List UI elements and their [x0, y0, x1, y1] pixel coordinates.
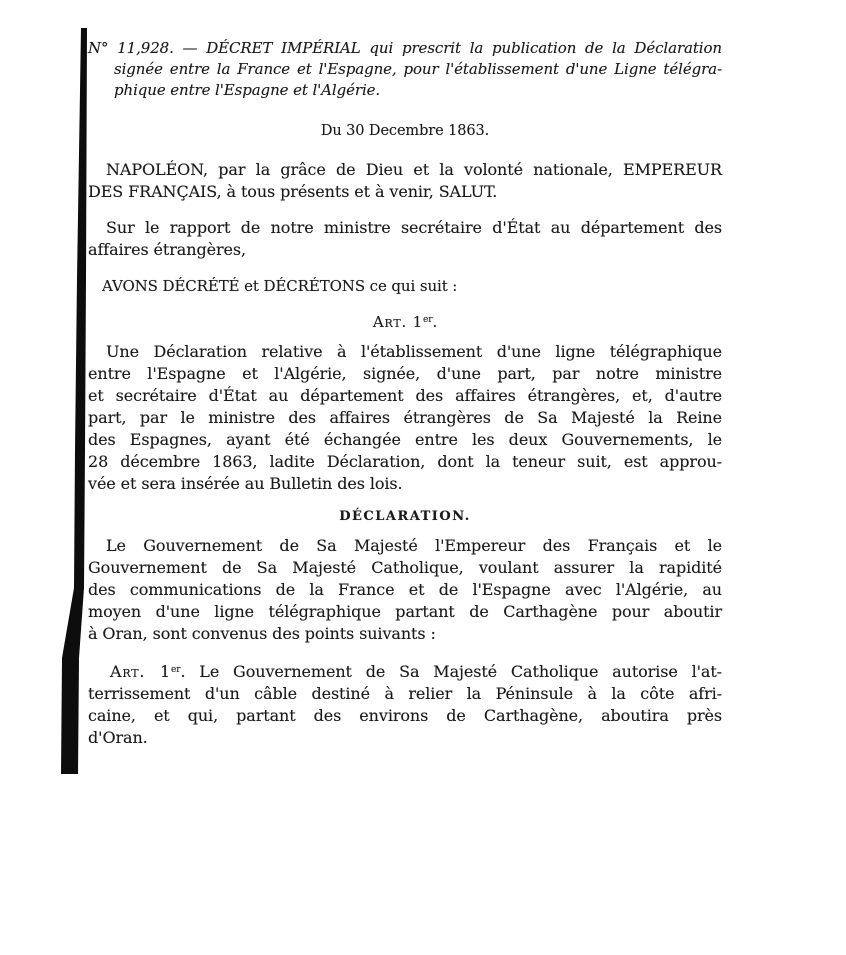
text-line: N° 11,928. — DÉCRET IMPÉRIAL qui prescri…: [88, 38, 722, 59]
text-line: vée et sera insérée au Bulletin des lois…: [88, 473, 722, 495]
text-line: part, par le ministre des affaires étran…: [88, 407, 722, 429]
article-1-heading: Art. 1er.: [88, 311, 722, 333]
text-line: Sur le rapport de notre ministre secréta…: [88, 217, 722, 239]
text-line: d'Oran.: [88, 727, 722, 749]
text-line: et secrétaire d'État au département des …: [88, 385, 722, 407]
declaration-article-1-rest: terrissement d'un câble destiné à relier…: [88, 683, 722, 749]
text-line: signée entre la France et l'Espagne, pou…: [88, 59, 722, 80]
declaration-article-1-lead-text: . Le Gouvernement de Sa Majesté Catholiq…: [180, 662, 722, 681]
text-column: N° 11,928. — DÉCRET IMPÉRIAL qui prescri…: [88, 38, 722, 749]
decree-headnote: N° 11,928. — DÉCRET IMPÉRIAL qui prescri…: [88, 38, 722, 101]
text-line: Gouvernement de Sa Majesté Catholique, v…: [88, 557, 722, 579]
decree-formula: AVONS DÉCRÉTÉ et DÉCRÉTONS ce qui suit :: [88, 275, 722, 297]
text-line: caine, et qui, partant des environs de C…: [88, 705, 722, 727]
article-1-heading-label: Art. 1: [373, 313, 423, 331]
report-paragraph: Sur le rapport de notre ministre secréta…: [88, 217, 722, 261]
declaration-article-1-label: Art. 1: [110, 662, 171, 681]
declaration-heading: DÉCLARATION.: [88, 507, 722, 527]
article-1-heading-period: .: [432, 313, 437, 331]
text-line: 28 décembre 1863, ladite Déclaration, do…: [88, 451, 722, 473]
text-line: terrissement d'un câble destiné à relier…: [88, 683, 722, 705]
text-line: à Oran, sont convenus des points suivant…: [88, 623, 722, 645]
scanned-document-page: N° 11,928. — DÉCRET IMPÉRIAL qui prescri…: [0, 0, 846, 955]
text-line: Le Gouvernement de Sa Majesté l'Empereur…: [88, 535, 722, 557]
text-line: Une Déclaration relative à l'établisseme…: [88, 341, 722, 363]
text-line: NAPOLÉON, par la grâce de Dieu et la vol…: [88, 159, 722, 181]
decree-date: Du 30 Decembre 1863.: [88, 121, 722, 142]
text-line: moyen d'une ligne télégraphique partant …: [88, 601, 722, 623]
text-line: DES FRANÇAIS, à tous présents et à venir…: [88, 181, 722, 203]
declaration-article-1: Art. 1er. Le Gouvernement de Sa Majesté …: [88, 661, 722, 749]
text-line: affaires étrangères,: [88, 239, 722, 261]
text-line: des communications de la France et de l'…: [88, 579, 722, 601]
declaration-body: Le Gouvernement de Sa Majesté l'Empereur…: [88, 535, 722, 645]
preamble-paragraph: NAPOLÉON, par la grâce de Dieu et la vol…: [88, 159, 722, 203]
text-line: entre l'Espagne et l'Algérie, signée, d'…: [88, 363, 722, 385]
text-line: des Espagnes, ayant été échangée entre l…: [88, 429, 722, 451]
article-1-body: Une Déclaration relative à l'établisseme…: [88, 341, 722, 495]
text-line: phique entre l'Espagne et l'Algérie.: [88, 80, 722, 101]
declaration-article-1-first-line: Art. 1er. Le Gouvernement de Sa Majesté …: [88, 661, 722, 683]
binding-gutter-bar: [58, 28, 88, 774]
